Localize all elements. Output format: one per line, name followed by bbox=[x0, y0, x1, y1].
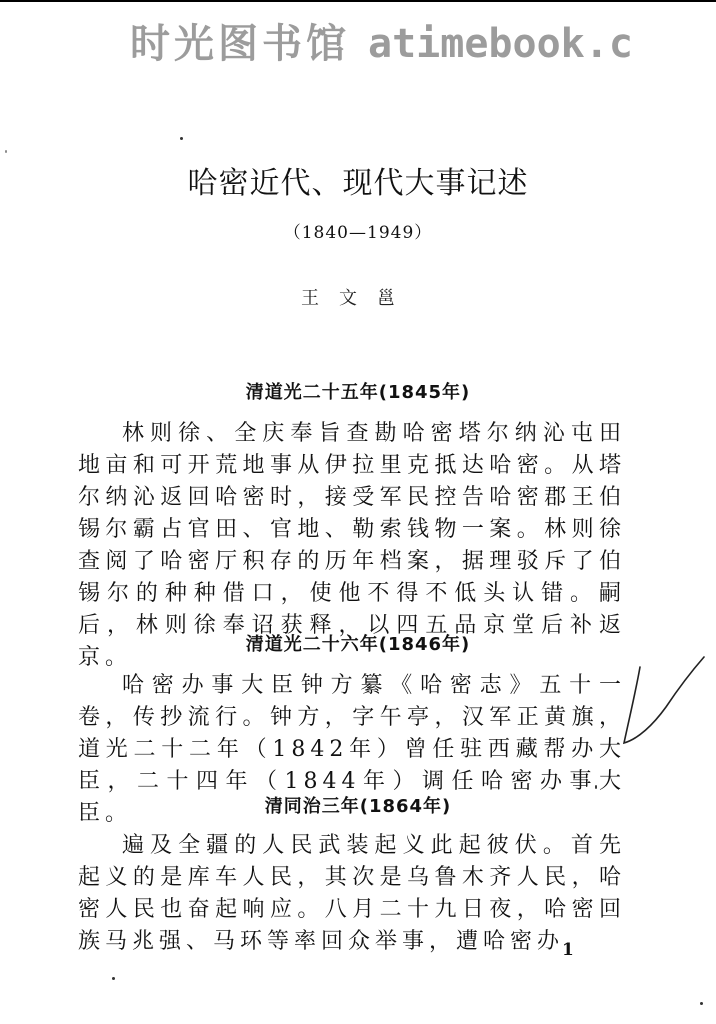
section-body-1864: 遍及全疆的人民武装起义此起彼伏。首先起义的是库车人民，其次是乌鲁木齐人民，哈密人… bbox=[78, 830, 626, 958]
scan-top-border bbox=[0, 0, 716, 2]
section-heading-1845: 清道光二十五年(1845年) bbox=[0, 378, 716, 404]
watermark: 时光图书馆atimebook.c bbox=[130, 12, 633, 69]
watermark-url: atimebook.c bbox=[368, 21, 633, 67]
scan-speck bbox=[180, 137, 183, 140]
scan-speck bbox=[700, 1002, 703, 1005]
watermark-chinese: 时光图书馆 bbox=[130, 21, 350, 67]
paragraph: 遍及全疆的人民武装起义此起彼伏。首先起义的是库车人民，其次是乌鲁木齐人民，哈密人… bbox=[78, 830, 626, 958]
author-name: 王文邕 bbox=[0, 284, 716, 310]
section-heading-1864: 清同治三年(1864年) bbox=[0, 792, 716, 818]
page-title: 哈密近代、现代大事记述 bbox=[0, 158, 716, 202]
scan-speck bbox=[5, 150, 7, 153]
page-number: 1 bbox=[562, 940, 574, 960]
scan-speck bbox=[595, 785, 597, 789]
scan-speck bbox=[112, 977, 115, 980]
handwritten-check-mark-icon bbox=[618, 655, 708, 755]
section-heading-1846: 清道光二十六年(1846年) bbox=[0, 630, 716, 656]
date-range-subtitle: （1840—1949） bbox=[0, 218, 716, 243]
